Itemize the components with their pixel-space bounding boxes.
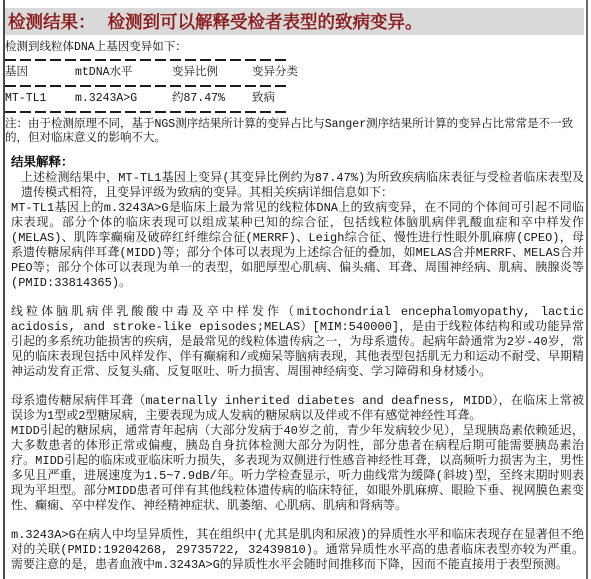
report-page: 检测结果： 检测到可以解释受检者表型的致病变异。 检测到线粒体DNA上基因变异如… — [0, 0, 591, 579]
result-banner: 检测结果： 检测到可以解释受检者表型的致病变异。 — [5, 8, 584, 35]
table-header-row: 基因 mtDNA水平 变异比例 变异分类 — [5, 61, 305, 85]
interpretation-paragraph: 母系遗传糖尿病伴耳聋（maternally inherited diabetes… — [11, 394, 584, 424]
interpretation-lead-paragraph: 上述检测结果中，MT-TL1基因上变异(其变异比例约为87.47%)为所致疾病临… — [21, 171, 584, 201]
interpretation-section: 结果解释： 上述检测结果中，MT-TL1基因上变异(其变异比例约为87.47%)… — [5, 156, 584, 573]
table-row: MT-TL1 m.3243A>G 约87.47% 致病 — [5, 87, 305, 111]
result-banner-label: 检测结果： — [8, 9, 96, 34]
result-banner-text: 检测到可以解释受检者表型的致病变异。 — [108, 9, 423, 34]
interpretation-paragraph: 线粒体脑肌病伴乳酸酸中毒及卒中样发作（mitochondrial encepha… — [11, 305, 584, 380]
header-cell-gene: 基因 — [5, 66, 75, 79]
cell-mtdna-level: m.3243A>G — [75, 92, 172, 105]
cell-gene: MT-TL1 — [5, 92, 75, 105]
interpretation-paragraph: MIDD引起的糖尿病，通常青年起病（大部分发病于40岁之前，青少年发病较少见），… — [11, 424, 584, 514]
interpretation-paragraph: m.3243A>G在病人中均呈异质性，其在组织中(尤其是肌肉和尿液)的异质性水平… — [11, 528, 584, 573]
variant-intro: 检测到线粒体DNA上基因变异如下： — [5, 41, 584, 55]
header-cell-variant-class: 变异分类 — [252, 66, 305, 79]
cell-variant-ratio: 约87.47% — [172, 92, 252, 105]
cell-variant-class: 致病 — [252, 92, 305, 105]
header-cell-variant-ratio: 变异比例 — [172, 66, 252, 79]
variant-table: 基因 mtDNA水平 变异比例 变异分类 MT-TL1 m.3243A>G 约8… — [5, 59, 584, 113]
header-cell-mtdna-level: mtDNA水平 — [75, 66, 172, 79]
table-note: 注：由于检测原理不同，基于NGS测序结果所计算的变异占比与Sanger测序结果所… — [5, 118, 584, 145]
interpretation-heading: 结果解释： — [11, 156, 584, 171]
report-content: 检测结果： 检测到可以解释受检者表型的致病变异。 检测到线粒体DNA上基因变异如… — [5, 0, 584, 573]
interpretation-paragraph: MT-TL1基因上的m.3243A>G是临床上最为常见的线粒体DNA上的致病变异… — [11, 201, 584, 291]
table-divider-bottom — [5, 111, 287, 113]
